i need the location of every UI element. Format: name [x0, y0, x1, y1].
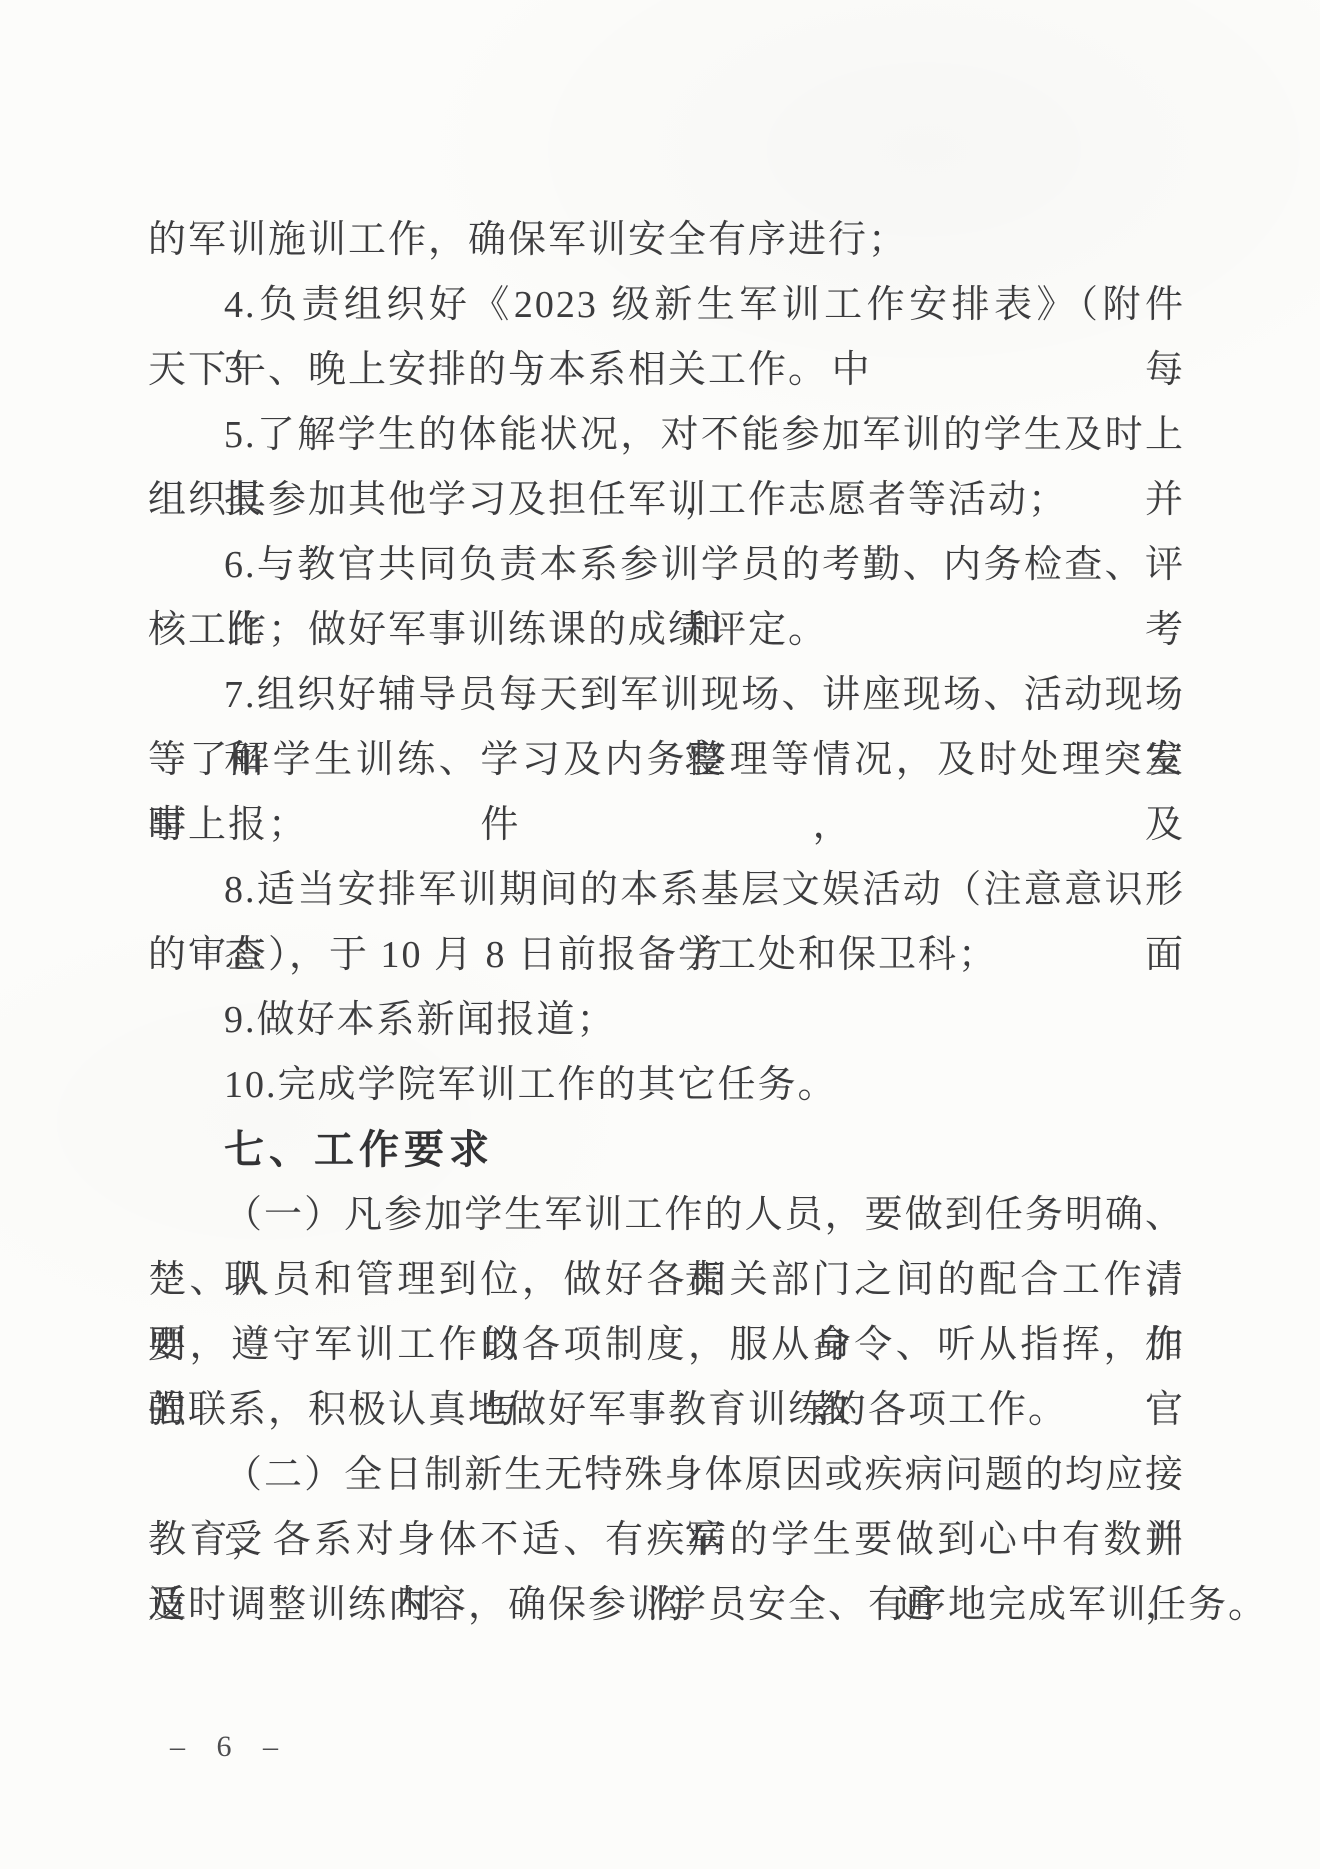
- page-number: – 6 –: [170, 1730, 287, 1764]
- body-line: 教育，各系对身体不适、有疾病的学生要做到心中有数并及时沟通，: [148, 1508, 1185, 1573]
- body-line: 8.适当安排军训期间的本系基层文娱活动（注意意识形态方面: [148, 858, 1185, 923]
- body-line: 6.与教官共同负责本系参训学员的考勤、内务检查、评比和考: [148, 533, 1185, 598]
- body-line: 组织其参加其他学习及担任军训工作志愿者等活动；: [148, 468, 1185, 533]
- body-line: （二）全日制新生无特殊身体原因或疾病问题的均应接受军训: [148, 1443, 1185, 1508]
- body-line: 5.了解学生的体能状况，对不能参加军训的学生及时上报，并: [148, 403, 1185, 468]
- body-line: 适时调整训练内容，确保参训学员安全、有序地完成军训任务。: [148, 1573, 1185, 1638]
- body-line: 等了解学生训练、学习及内务整理等情况，及时处理突发事件，及: [148, 728, 1185, 793]
- body-line: 则，遵守军训工作的各项制度，服从命令、听从指挥，加强与教官: [148, 1313, 1185, 1378]
- body-line: 楚、人员和管理到位，做好各相关部门之间的配合工作；要以身作: [148, 1248, 1185, 1313]
- body-line: 的军训施训工作，确保军训安全有序进行；: [148, 208, 1185, 273]
- document-body: 的军训施训工作，确保军训安全有序进行； 4.负责组织好《2023 级新生军训工作…: [148, 208, 1185, 1638]
- body-line: 7.组织好辅导员每天到军训现场、讲座现场、活动现场和寝室: [148, 663, 1185, 728]
- body-line: 的联系，积极认真地做好军事教育训练的各项工作。: [148, 1378, 1185, 1443]
- body-line: 4.负责组织好《2023 级新生军训工作安排表》（附件 3）中每: [148, 273, 1185, 338]
- document-page: 的军训施训工作，确保军训安全有序进行； 4.负责组织好《2023 级新生军训工作…: [0, 0, 1320, 1869]
- body-line: 9.做好本系新闻报道；: [148, 988, 1185, 1053]
- section-heading: 七、工作要求: [148, 1118, 1185, 1183]
- body-line: 10.完成学院军训工作的其它任务。: [148, 1053, 1185, 1118]
- body-line: （一）凡参加学生军训工作的人员，要做到任务明确、职责清: [148, 1183, 1185, 1248]
